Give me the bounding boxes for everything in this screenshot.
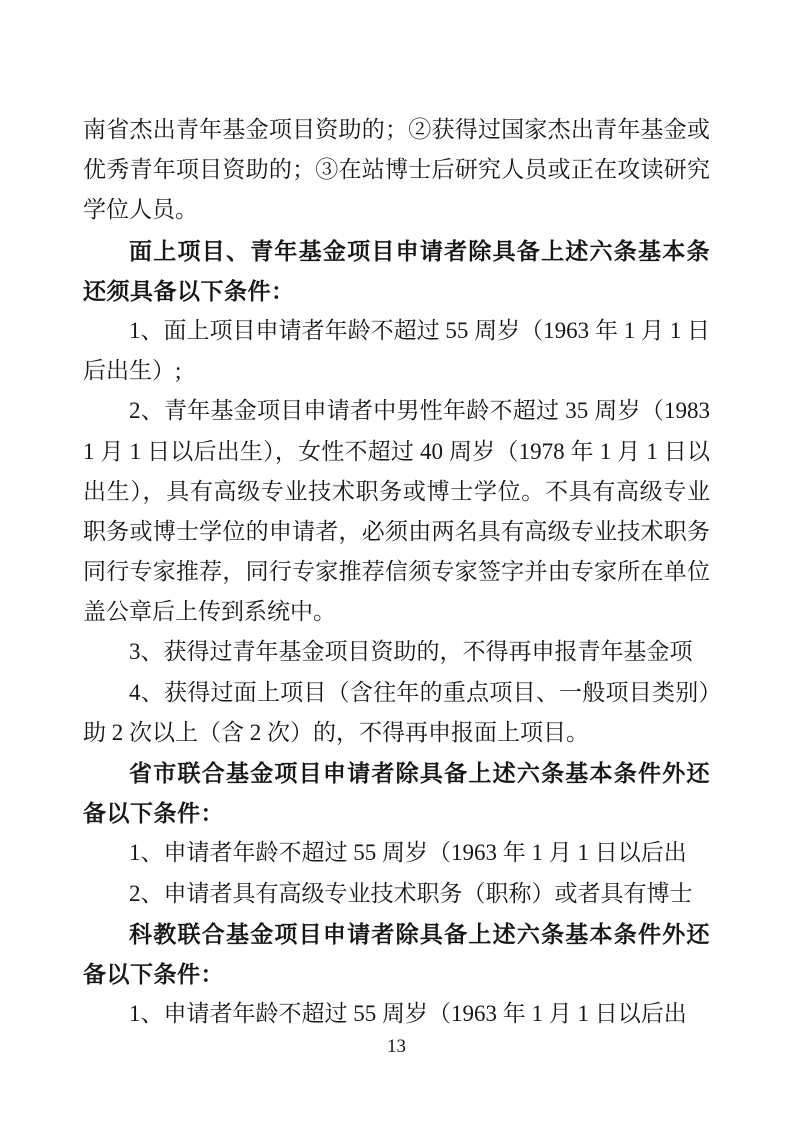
list-item-1-kejiao: 1、申请者年龄不超过 55 周岁（1963 年 1 月 1 日以后出生）。	[83, 994, 710, 1034]
doc-line: 3、获得过青年基金项目资助的，不得再申报青年基金项目；	[83, 632, 710, 672]
doc-line: 1、面上项目申请者年龄不超过 55 周岁（1963 年 1 月 1 日以	[83, 311, 710, 351]
doc-line: 备以下条件：	[83, 954, 710, 994]
page-footer: 13	[0, 1036, 793, 1058]
doc-line: 盖公章后上传到系统中。	[83, 592, 710, 632]
doc-line: 2、青年基金项目申请者中男性年龄不超过 35 周岁（1983 年	[83, 391, 710, 431]
document-page: 南省杰出青年基金项目资助的；②获得过国家杰出青年基金或者 优秀青年项目资助的；③…	[0, 0, 793, 1122]
doc-line: 出生），具有高级专业技术职务或博士学位。不具有高级专业技术	[83, 472, 710, 512]
doc-line: 2、申请者具有高级专业技术职务（职称）或者具有博士学位;	[83, 874, 710, 914]
list-item-1-mianshang: 1、面上项目申请者年龄不超过 55 周岁（1963 年 1 月 1 日以 后出生…	[83, 311, 710, 391]
page-number: 13	[387, 1036, 406, 1057]
document-body: 南省杰出青年基金项目资助的；②获得过国家杰出青年基金或者 优秀青年项目资助的；③…	[83, 110, 710, 1034]
doc-line: 1 月 1 日以后出生），女性不超过 40 周岁（1978 年 1 月 1 日以…	[83, 432, 710, 472]
list-item-4-mianshang-repeat: 4、获得过面上项目（含往年的重点项目、一般项目类别）资 助 2 次以上（含 2 …	[83, 673, 710, 753]
doc-line: 学位人员。	[83, 190, 710, 230]
section-header-kejiao-lianhe: 科教联合基金项目申请者除具备上述六条基本条件外还须具 备以下条件：	[83, 914, 710, 994]
doc-line: 面上项目、青年基金项目申请者除具备上述六条基本条件外	[83, 231, 710, 271]
doc-line: 省市联合基金项目申请者除具备上述六条基本条件外还须具	[83, 753, 710, 793]
list-item-3-qingnian-repeat: 3、获得过青年基金项目资助的，不得再申报青年基金项目；	[83, 632, 710, 672]
section-header-shengshi-lianhe: 省市联合基金项目申请者除具备上述六条基本条件外还须具 备以下条件：	[83, 753, 710, 833]
list-item-2-shengshi: 2、申请者具有高级专业技术职务（职称）或者具有博士学位;	[83, 874, 710, 914]
doc-line: 1、申请者年龄不超过 55 周岁（1963 年 1 月 1 日以后出生）。	[83, 994, 710, 1034]
doc-line: 1、申请者年龄不超过 55 周岁（1963 年 1 月 1 日以后出生）;	[83, 833, 710, 873]
doc-line: 职务或博士学位的申请者，必须由两名具有高级专业技术职务的	[83, 512, 710, 552]
doc-line: 同行专家推荐，同行专家推荐信须专家签字并由专家所在单位加	[83, 552, 710, 592]
section-header-mianshang-qingnian: 面上项目、青年基金项目申请者除具备上述六条基本条件外 还须具备以下条件：	[83, 231, 710, 311]
doc-line: 还须具备以下条件：	[83, 271, 710, 311]
doc-line: 南省杰出青年基金项目资助的；②获得过国家杰出青年基金或者	[83, 110, 710, 150]
list-item-2-qingnian: 2、青年基金项目申请者中男性年龄不超过 35 周岁（1983 年 1 月 1 日…	[83, 391, 710, 632]
doc-line: 优秀青年项目资助的；③在站博士后研究人员或正在攻读研究生	[83, 150, 710, 190]
doc-line: 备以下条件：	[83, 793, 710, 833]
list-item-1-shengshi: 1、申请者年龄不超过 55 周岁（1963 年 1 月 1 日以后出生）;	[83, 833, 710, 873]
paragraph-continuation: 南省杰出青年基金项目资助的；②获得过国家杰出青年基金或者 优秀青年项目资助的；③…	[83, 110, 710, 231]
doc-line: 科教联合基金项目申请者除具备上述六条基本条件外还须具	[83, 914, 710, 954]
doc-line: 后出生）;	[83, 351, 710, 391]
doc-line: 助 2 次以上（含 2 次）的，不得再申报面上项目。	[83, 713, 710, 753]
doc-line: 4、获得过面上项目（含往年的重点项目、一般项目类别）资	[83, 673, 710, 713]
